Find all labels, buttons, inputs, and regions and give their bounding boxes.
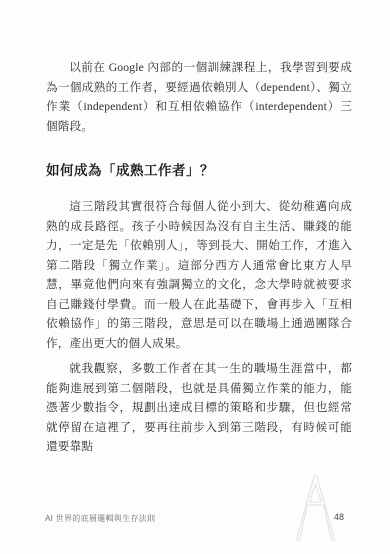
book-page: 以前在 Google 內部的一個訓練課程上，我學習到要成為一個成熟的工作者，要經… — [0, 0, 390, 554]
intro-paragraph: 以前在 Google 內部的一個訓練課程上，我學習到要成為一個成熟的工作者，要經… — [46, 58, 352, 136]
page-text-block: 以前在 Google 內部的一個訓練課程上，我學習到要成為一個成熟的工作者，要經… — [46, 58, 352, 457]
watermark-letter-a-icon — [294, 474, 336, 542]
footer-book-title: AI 世界的底層邏輯與生存法則 — [45, 513, 155, 524]
section-heading: 如何成為「成熟工作者」？ — [46, 161, 352, 181]
body-paragraph-2: 這三階段其實很符合每個人從小到大、從幼稚邁向成熟的成長路徑。孩子小時候因為沒有自… — [46, 197, 352, 353]
page-number: 48 — [334, 512, 344, 522]
body-paragraph-3: 就我觀察，多數工作者在其一生的職場生涯當中，都能夠進展到第二個階段，也就是具備獨… — [46, 359, 352, 457]
